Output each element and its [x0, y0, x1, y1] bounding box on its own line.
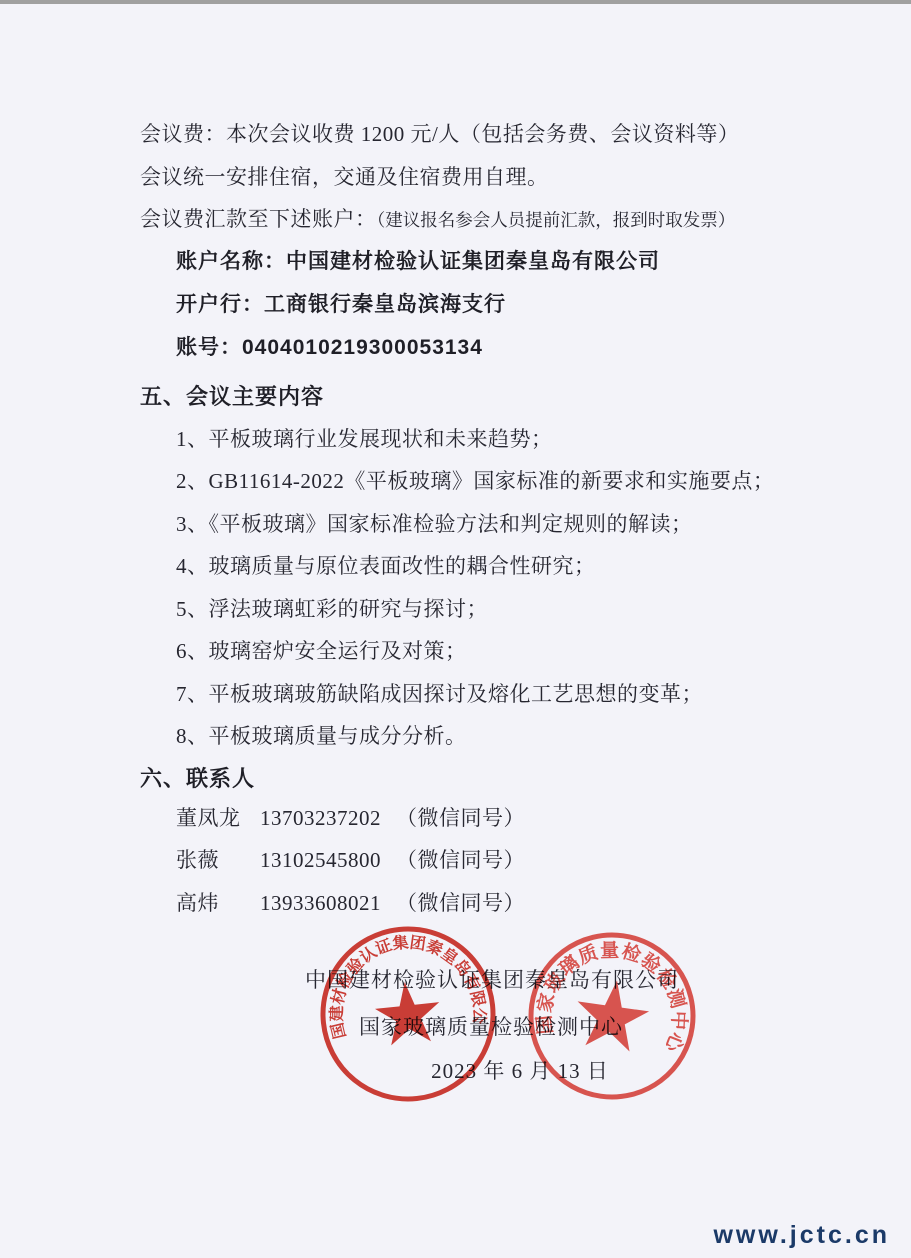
lodging-line: 会议统一安排住宿，交通及住宿费用自理。	[140, 164, 820, 190]
contact-name: 张薇	[176, 847, 260, 873]
agenda-item: 3、《平板玻璃》国家标准检验方法和判定规则的解读；	[176, 511, 856, 537]
agenda-item: 5、浮法玻璃虹彩的研究与探讨；	[176, 596, 856, 622]
remit-line-note: （建议报名参会人员提前汇款，报到时取发票）	[377, 210, 736, 230]
agenda-item: 4、玻璃质量与原位表面改性的耦合性研究；	[176, 553, 856, 579]
agenda-item: 6、玻璃窑炉安全运行及对策；	[176, 638, 856, 664]
contact-phone: 13933608021	[260, 890, 396, 916]
scanned-document-page: 会议费：本次会议收费 1200 元/人（包括会务费、会议资料等） 会议统一安排住…	[0, 0, 911, 1258]
agenda-item: 7、平板玻璃玻筋缺陷成因探讨及熔化工艺思想的变革；	[176, 681, 856, 707]
contact-row: 张薇 13102545800 （微信同号）	[176, 847, 856, 873]
contact-name: 董凤龙	[176, 805, 260, 831]
bank-line: 开户行：工商银行秦皇岛滨海支行	[176, 292, 856, 318]
agenda-item: 1、平板玻璃行业发展现状和未来趋势；	[176, 426, 856, 452]
scanner-edge-artifact	[0, 0, 911, 4]
contact-row: 董凤龙 13703237202 （微信同号）	[176, 805, 856, 831]
site-watermark: www.jctc.cn	[713, 1221, 890, 1250]
inspection-center-seal-icon: 国家玻璃质量检验检测中心	[515, 919, 709, 1113]
contact-note: （微信同号）	[396, 805, 525, 831]
agenda-item: 2、GB11614-2022《平板玻璃》国家标准的新要求和实施要点；	[176, 468, 856, 494]
agenda-item: 8、平板玻璃质量与成分分析。	[176, 723, 856, 749]
section6-heading: 六、联系人	[140, 766, 820, 792]
contact-row: 高炜 13933608021 （微信同号）	[176, 890, 856, 916]
contact-phone: 13703237202	[260, 805, 396, 831]
account-number-line: 账号：0404010219300053134	[176, 335, 856, 361]
remit-line-main: 会议费汇款至下述账户：	[140, 207, 377, 231]
contact-name: 高炜	[176, 890, 260, 916]
contact-phone: 13102545800	[260, 847, 396, 873]
contact-note: （微信同号）	[396, 847, 525, 873]
seal-star-icon	[373, 979, 444, 1047]
seal-star-icon	[572, 975, 653, 1053]
section5-heading: 五、会议主要内容	[140, 384, 820, 410]
fee-line: 会议费：本次会议收费 1200 元/人（包括会务费、会议资料等）	[140, 121, 820, 147]
remit-line: 会议费汇款至下述账户：（建议报名参会人员提前汇款，报到时取发票）	[140, 206, 820, 233]
contact-note: （微信同号）	[396, 890, 525, 916]
account-name-line: 账户名称：中国建材检验认证集团秦皇岛有限公司	[176, 249, 856, 275]
company-seal-icon: 中国建材检验认证集团秦皇岛有限公司	[309, 915, 507, 1113]
